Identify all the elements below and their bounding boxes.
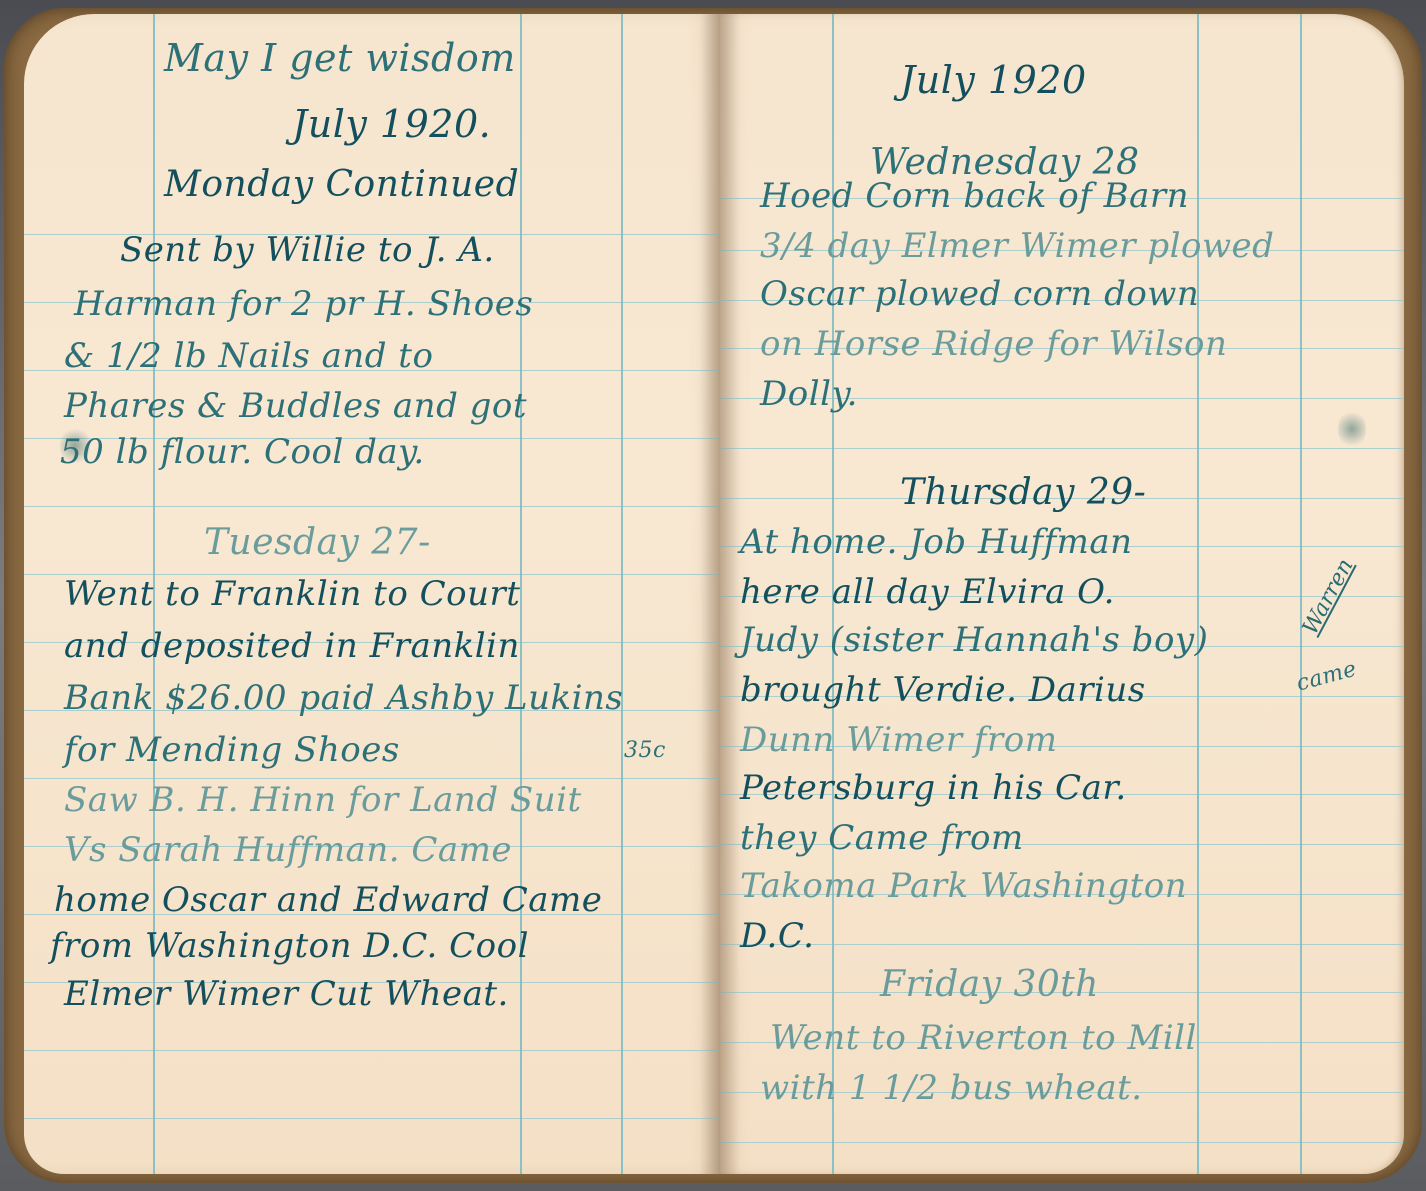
entry-line: Dunn Wimer from (740, 720, 1057, 760)
entry-line: with 1 1/2 bus wheat. (760, 1068, 1143, 1108)
column-rule (1300, 14, 1302, 1174)
entry-line: from Washington D.C. Cool (50, 926, 529, 966)
header-note: May I get wisdom (164, 36, 516, 80)
entry-line: Bank $26.00 paid Ashby Lukins (64, 678, 623, 718)
entry-heading-tuesday: Tuesday 27- (204, 522, 431, 563)
entry-line: Sent by Willie to J. A. (120, 230, 495, 270)
notebook-scan: May I get wisdom July 1920. Monday Conti… (0, 0, 1426, 1191)
column-rule (1197, 14, 1199, 1174)
entry-line: Elmer Wimer Cut Wheat. (64, 974, 509, 1014)
entry-line: Hoed Corn back of Barn (760, 176, 1189, 216)
entry-line: brought Verdie. Darius (740, 670, 1146, 710)
entry-line: Vs Sarah Huffman. Came (64, 830, 512, 870)
entry-line: Oscar plowed corn down (760, 274, 1199, 314)
month-year-heading: July 1920 (900, 58, 1087, 102)
insert-note: came (1294, 656, 1360, 696)
entry-line: Harman for 2 pr H. Shoes (74, 284, 533, 324)
ink-blot (1338, 409, 1366, 449)
entry-line: Petersburg in his Car. (740, 768, 1127, 808)
entry-line: & 1/2 lb Nails and to (64, 336, 433, 376)
entry-line: At home. Job Huffman (740, 522, 1133, 562)
entry-heading-thursday: Thursday 29- (900, 472, 1146, 513)
left-page: May I get wisdom July 1920. Monday Conti… (24, 14, 720, 1174)
entry-line: 50 lb flour. Cool day. (60, 432, 425, 472)
entry-line: Judy (sister Hannah's boy) (740, 620, 1208, 660)
month-year-heading: July 1920. (292, 102, 491, 146)
entry-line: home Oscar and Edward Came (54, 880, 602, 920)
entry-line: on Horse Ridge for Wilson (760, 324, 1227, 364)
entry-heading-monday: Monday Continued (164, 164, 519, 205)
entry-line: 3/4 day Elmer Wimer plowed (760, 226, 1274, 266)
ruled-line (24, 778, 720, 779)
entry-line: Went to Riverton to Mill (770, 1018, 1197, 1058)
column-rule (621, 14, 623, 1174)
entry-line: and deposited in Franklin (64, 626, 520, 666)
entry-line: here all day Elvira O. (740, 572, 1115, 612)
right-page: July 1920 Wednesday 28 Hoed Corn back of… (720, 14, 1404, 1174)
entry-line: D.C. (740, 916, 814, 956)
entry-line: for Mending Shoes (64, 730, 400, 770)
entry-line: they Came from (740, 818, 1024, 858)
entry-line: Phares & Buddles and got (64, 386, 527, 426)
ruled-line (24, 506, 720, 507)
entry-line: Went to Franklin to Court (64, 574, 520, 614)
entry-line: Dolly. (760, 374, 858, 414)
ink-blot (60, 426, 90, 466)
ruled-line (24, 1118, 720, 1119)
entry-line: Takoma Park Washington (740, 866, 1187, 906)
entry-heading-friday: Friday 30th (880, 964, 1099, 1005)
ruled-line (24, 1050, 720, 1051)
amount-note: 35c (624, 738, 666, 763)
entry-line: Saw B. H. Hinn for Land Suit (64, 780, 582, 820)
